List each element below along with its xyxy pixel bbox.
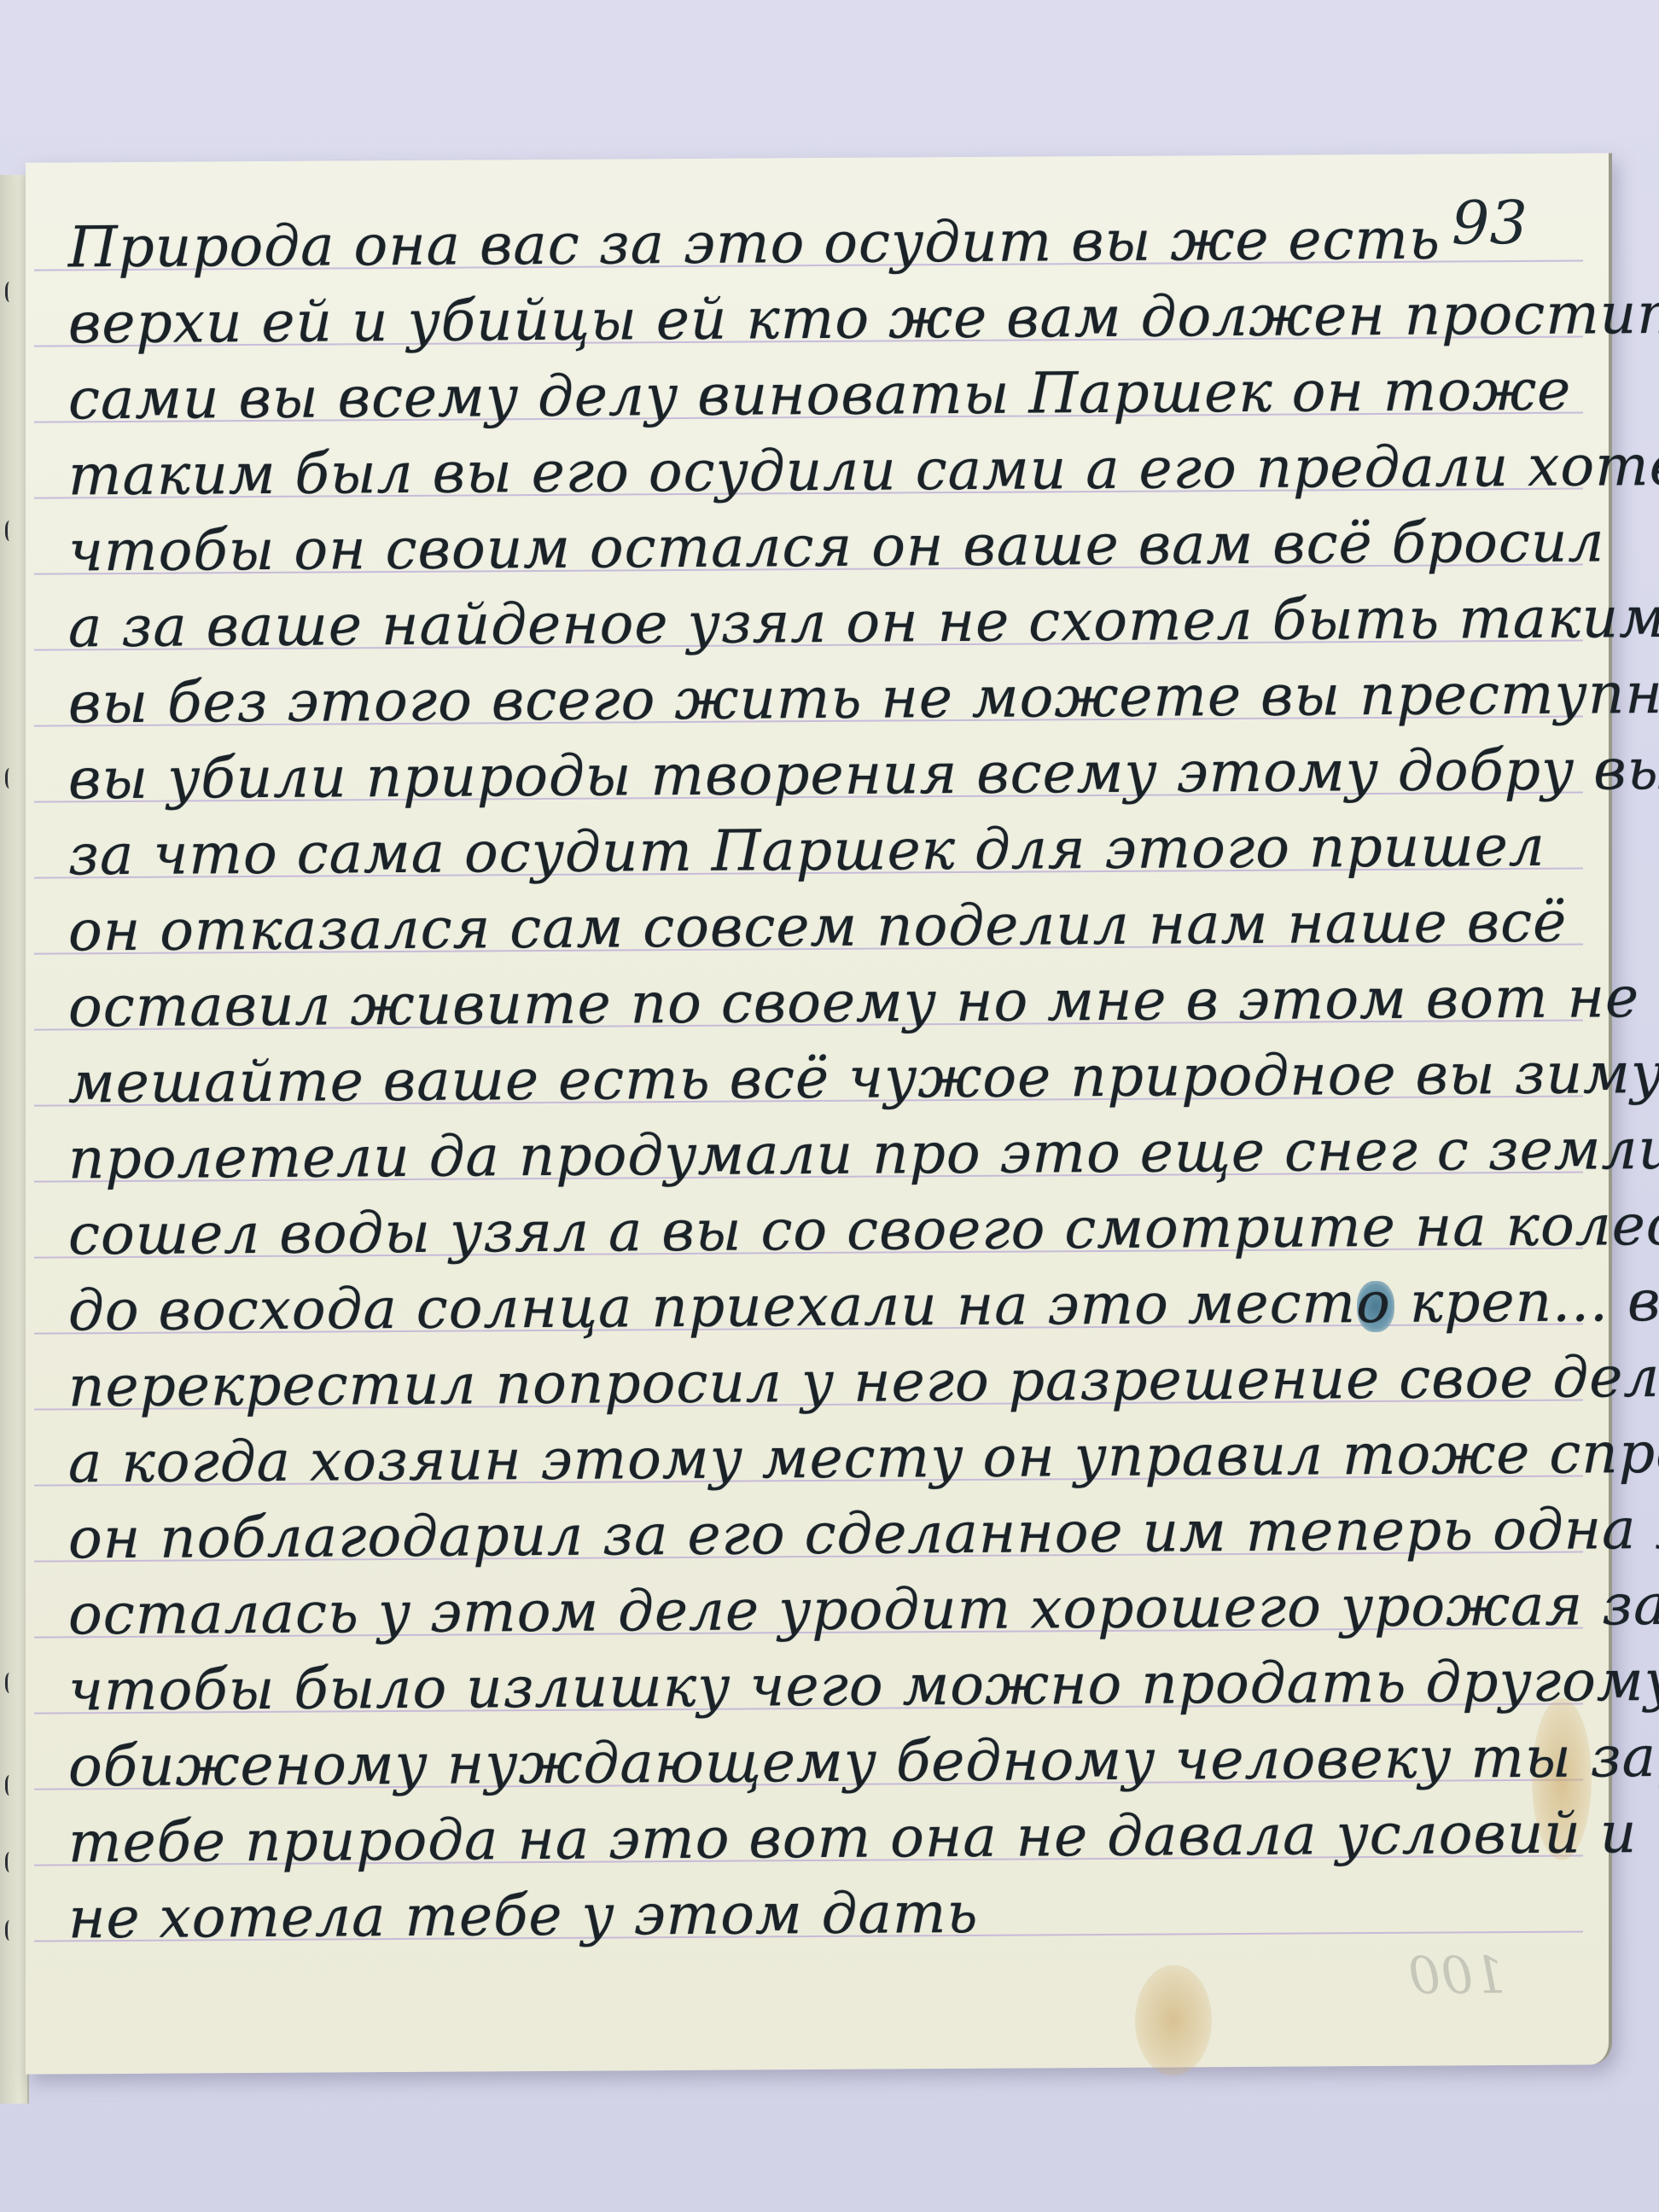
handwritten-line: верхи ей и убийцы ей кто же вам должен п… bbox=[68, 281, 1575, 358]
handwritten-line: чтобы он своим остался он ваше вам всё б… bbox=[68, 509, 1575, 586]
handwritten-line: до восхода солнца приехали на это место … bbox=[68, 1268, 1575, 1346]
handwritten-line: чтобы было излишку чего можно продать др… bbox=[68, 1648, 1575, 1726]
adjacent-page-edge bbox=[0, 175, 29, 2104]
handwritten-line: сошел воды узял а вы со своего смотрите … bbox=[68, 1192, 1575, 1270]
handwritten-line: вы без этого всего жить не можете вы пре… bbox=[68, 661, 1575, 738]
handwritten-line: таким был вы его осудили сами а его пред… bbox=[68, 433, 1575, 510]
handwritten-line: Природа она вас за это осудит вы же есть bbox=[68, 205, 1575, 282]
handwritten-line: обиженому нуждающему бедному человеку ты… bbox=[68, 1724, 1575, 1802]
handwritten-line: за что сама осудит Паршек для этого приш… bbox=[68, 812, 1575, 890]
handwritten-line: тебе природа на это вот она не давала ус… bbox=[68, 1800, 1575, 1877]
handwritten-line: а за ваше найденое узял он не схотел быт… bbox=[68, 585, 1575, 662]
handwritten-line: он отказался сам совсем поделил нам наше… bbox=[68, 888, 1575, 966]
handwritten-line: пролетели да продумали про это еще снег … bbox=[68, 1116, 1575, 1194]
handwritten-line: мешайте ваше есть всё чужое природное вы… bbox=[68, 1040, 1575, 1118]
handwritten-line: оставил живите по своему но мне в этом в… bbox=[68, 964, 1575, 1042]
bleed-through-page-number: 100 bbox=[1408, 1946, 1506, 2006]
handwritten-line: осталась у этом деле уродит хорошего уро… bbox=[68, 1572, 1575, 1650]
handwritten-line: он поблагодарил за его сделанное им тепе… bbox=[68, 1496, 1575, 1574]
handwritten-line: а когда хозяин этому месту он управил то… bbox=[68, 1420, 1575, 1498]
handwritten-line: сами вы всему делу виноваты Паршек он то… bbox=[68, 357, 1575, 434]
water-stain-bottom bbox=[1135, 1965, 1212, 2076]
handwritten-line: вы убили природы творения всему этому до… bbox=[68, 736, 1575, 814]
handwritten-line: перекрестил попросил у него разрешение с… bbox=[68, 1344, 1575, 1422]
notebook-page: 93 Природа она вас за это осудит вы же е… bbox=[26, 153, 1612, 2074]
handwritten-line: не хотела тебе у этом дать bbox=[68, 1876, 1575, 1953]
